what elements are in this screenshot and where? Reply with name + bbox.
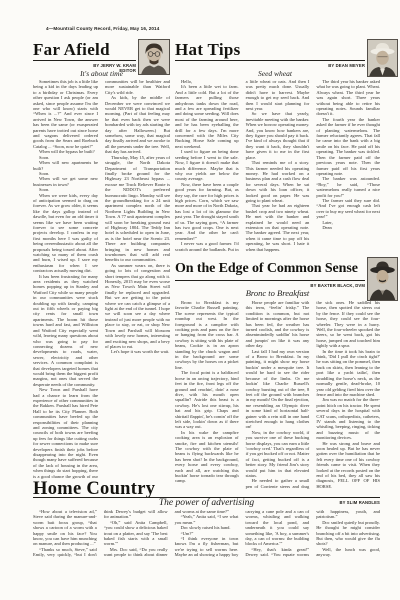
paragraph: When we were kids, every day of anticipa… [33,193,98,274]
paragraph: Sometimes this job is a little like bein… [33,79,98,149]
paragraph: Doc smiled quietly but proudly. He thoug… [316,520,380,547]
hat-tips-column-title: Seed wheat [175,69,375,78]
far-afield-headline-rule [33,60,136,61]
far-afield-column-title: It's about time [33,69,170,78]
paragraph: That year he had an eighteen bushel crop… [246,203,310,252]
paragraph: Now, there have been a couple good years… [175,182,239,241]
paragraph: The banker was astounded. “Boy,” he said… [316,176,380,198]
hat-tips-byline-name: BY DEAN MEYER [175,63,365,68]
newspaper-page: 4—Mountrail County Record, Friday, May 1… [0,0,400,600]
far-afield-body: Sometimes this job is a little like bein… [33,79,170,480]
paragraph: So we have that yearly, inevitable meeti… [246,111,310,160]
home-country-column-title: The power of advertising [33,498,380,508]
paragraph: I used to figure on being done seeding b… [175,149,239,181]
hat-tips-headline: Hat Tips [175,40,241,60]
paragraph: That reminds me of a story. This farmer … [246,160,310,203]
paragraph: As kids, by the middle of December we we… [105,95,170,154]
hat-tips-body: Hello,It's been a little wet to farm. An… [175,79,380,252]
home-country-body: “How about a television ad,” Steve said … [33,509,380,559]
hat-tips-byline: BY DEAN MEYER [175,63,365,68]
paragraph: Doc slowly raised his hand. [175,525,239,530]
paragraph: When will new apartments be built? [33,160,98,171]
paragraph: Jim was no match for the three-point hit… [316,397,380,440]
paragraph: Last fall I had my own version of a Bron… [246,349,310,430]
paragraph: The third year his banker asked what he … [316,79,380,117]
paragraph: In the time it took his brain to think, … [316,349,380,398]
paragraph: Thursday, May 15, after years of struggl… [105,155,170,263]
paragraph: It's been a little wet to farm. And a li… [175,84,239,149]
paragraph: Now, in the cowboy world, if you survive… [246,430,310,479]
hat-tips-headline-rule [175,60,365,61]
paragraph: Let's hope it was worth the wait. [105,349,170,354]
paragraph: “Yeah,” Anita said, “I see what you mean… [175,514,239,525]
paragraph: Well, the lunch was good, anyway. [316,547,380,558]
common-sense-headline-rule [175,280,365,281]
paragraph: “Oh,” said Anita Campbell, “you could sh… [104,520,168,547]
paragraph: In his wake the campfire cooking area is… [175,430,239,484]
paragraph: He was strong and brave and soon healed … [316,441,380,490]
common-sense-headline: On the Edge of Common Sense [175,261,358,277]
common-sense-column-title: Bronc to Breakfast [175,288,380,298]
paragraph: When will we get some new businesses in … [33,176,98,187]
paragraph: Horse people are familiar with this term… [246,300,310,349]
far-afield-headline: Far Afield [33,40,110,60]
paragraph: Bronc to Breakfast is my favorite Charli… [175,300,239,370]
paragraph: It has been frustrating for many area re… [33,274,98,388]
paragraph: The fourth year the banker asked the far… [316,117,380,176]
common-sense-body: Bronc to Breakfast is my favorite Charli… [175,300,380,490]
paragraph: When will the bypass be built? [33,149,98,154]
paragraph: Dean [316,225,380,230]
paragraph: The farmer said they sure did. “And I've… [316,198,380,220]
page-folio: 4—Mountrail County Record, Friday, May 1… [46,26,159,31]
paragraph: The focal point is a baldfaced horse in … [175,370,239,429]
paragraph: As summer wears on, there is going to lo… [105,263,170,350]
paragraph: “How about a television ad,” Steve said … [33,509,97,547]
